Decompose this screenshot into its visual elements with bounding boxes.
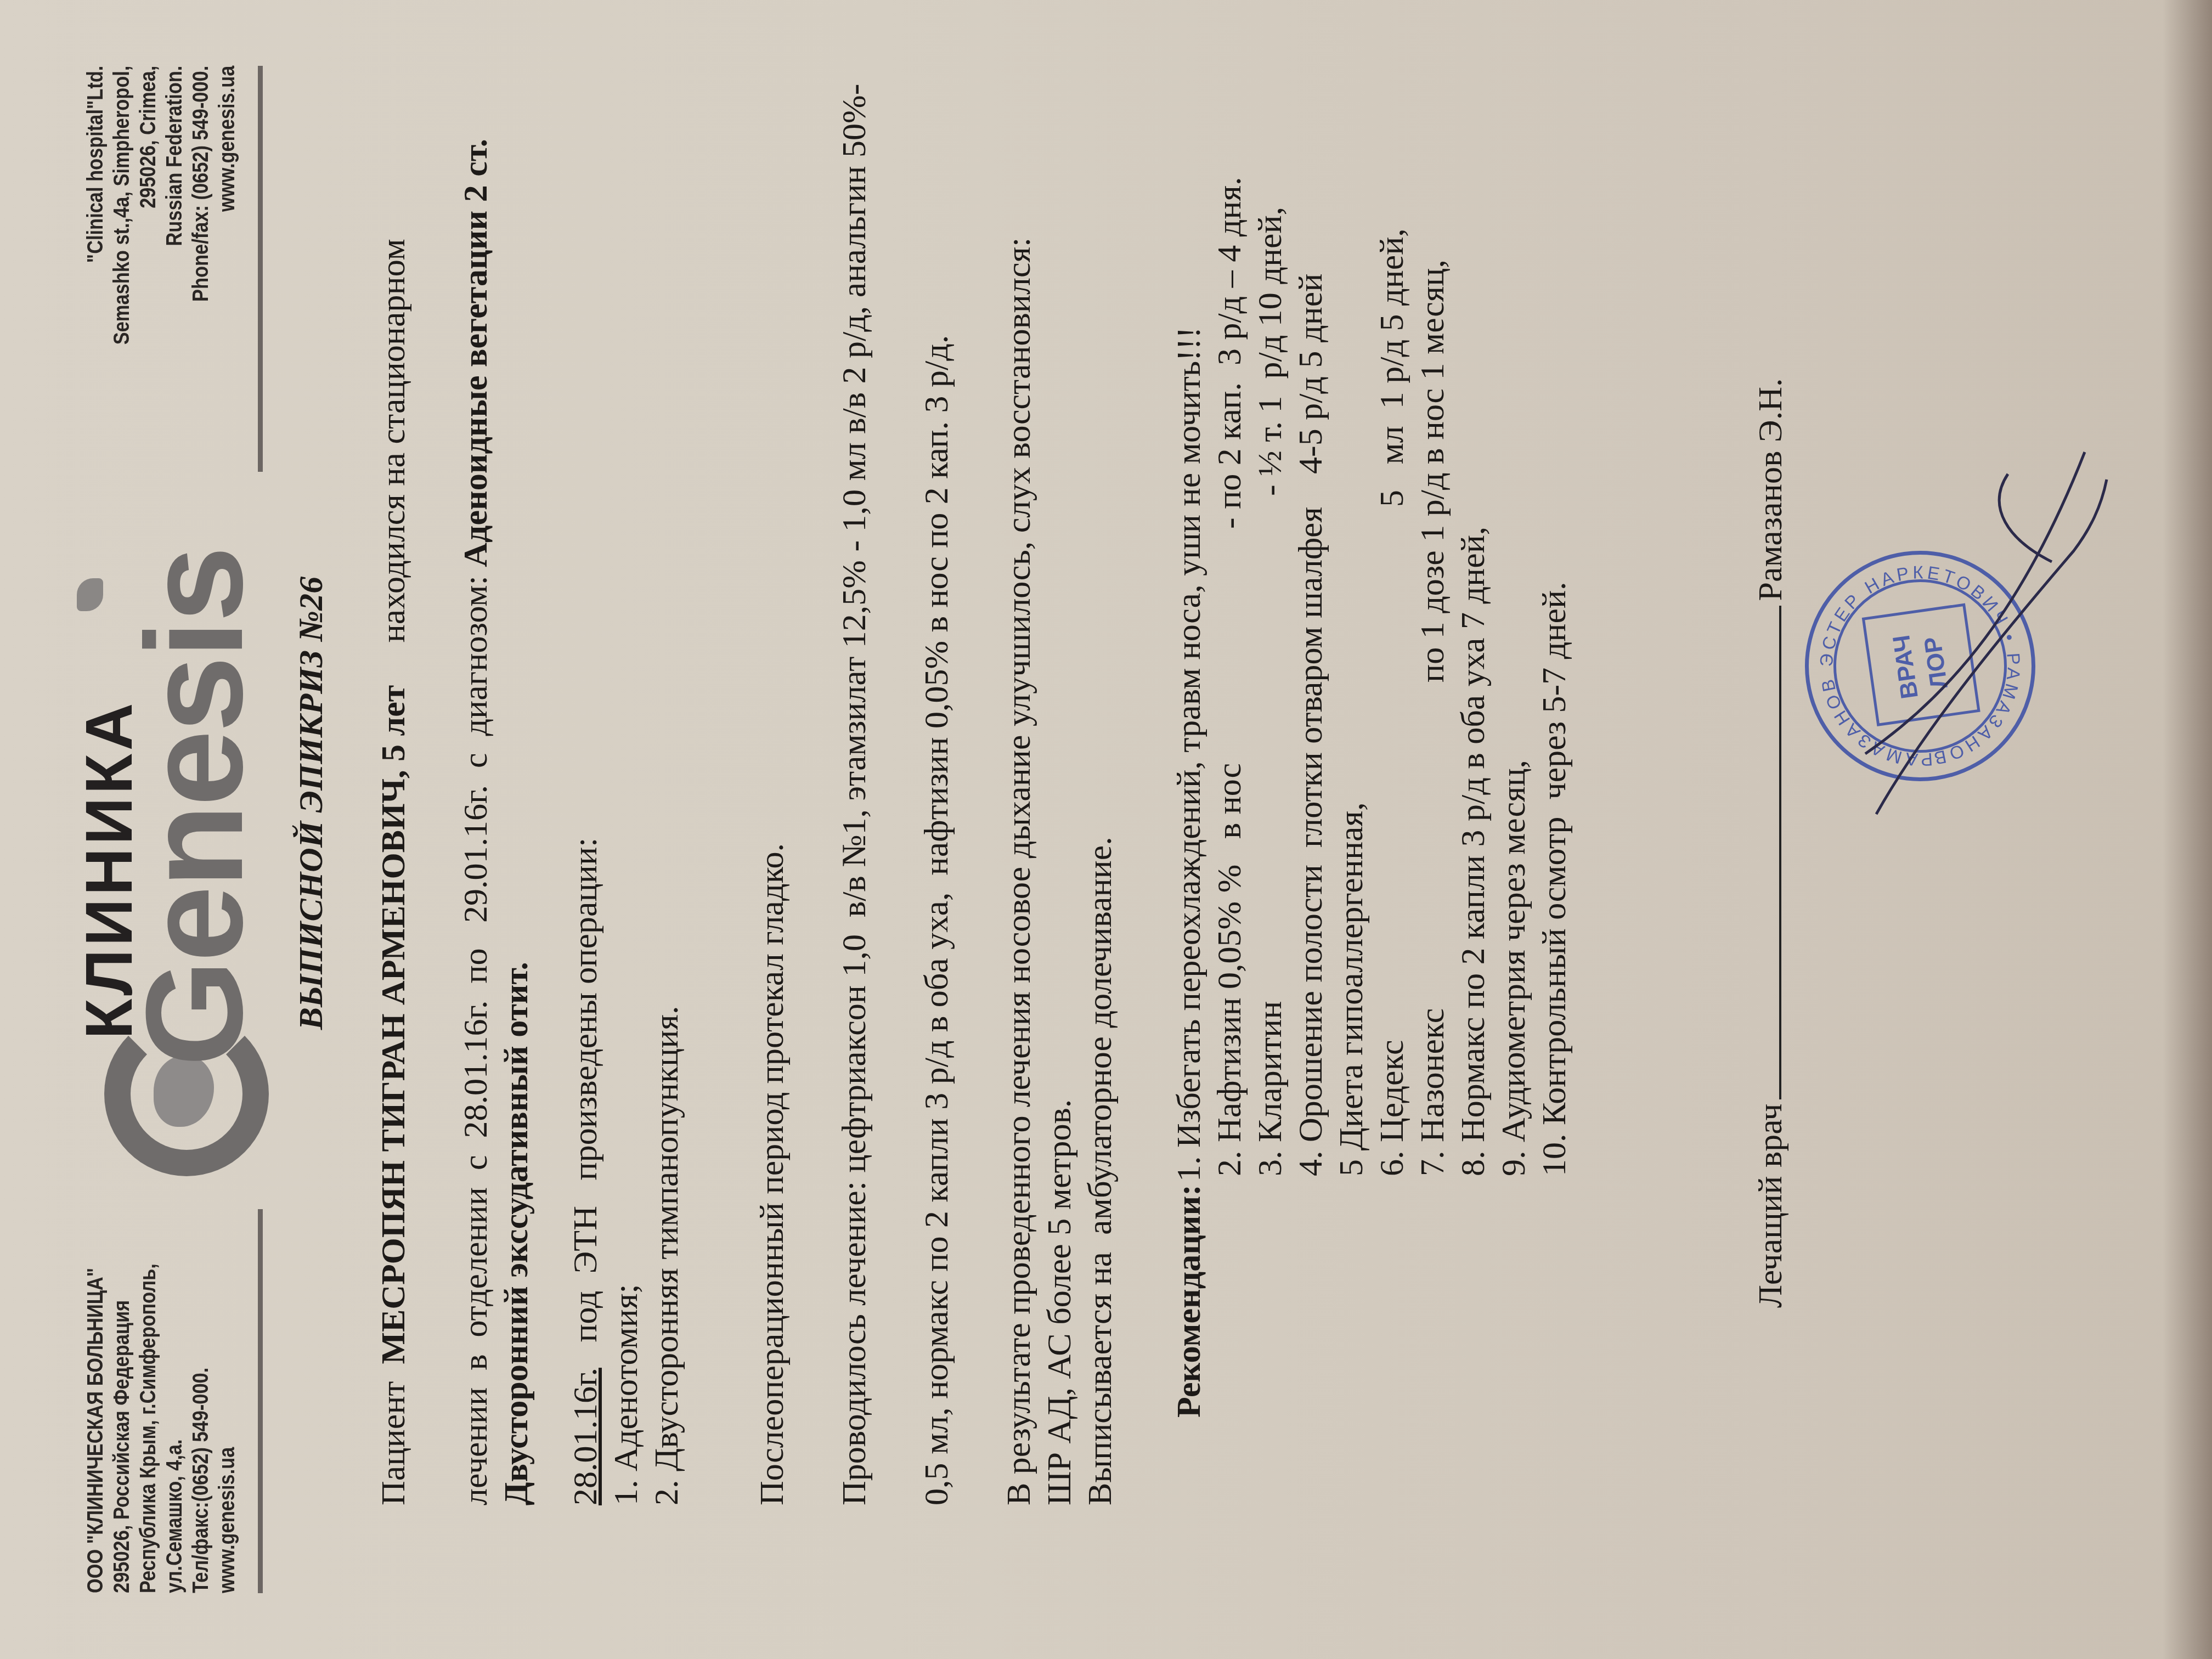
- letterhead-en-line: 295026, Crimea,: [135, 66, 161, 345]
- document-title: ВЫПИСНОЙ ЭПИКРИЗ №26: [291, 101, 331, 1505]
- recommendation-dosage: по 1 дозе 1 р/д в нос 1 месяц,: [1412, 259, 1453, 682]
- operation-text: под ЭТН произведены операции:: [567, 838, 604, 1368]
- letterhead-ru-line: ул.Семашко, 4,а.: [161, 1263, 188, 1593]
- recommendation-dosage: - по 2 кап. 3 р/д – 4 дня.: [1209, 177, 1250, 529]
- diagnosis-primary: Аденоидные вегетации 2 ст.: [457, 139, 494, 567]
- recommendations-label: Рекомендации:: [1169, 1184, 1209, 1418]
- recommendation-item: 8. Нормакс по 2 капли 3 р/д в оба уха 7 …: [1453, 527, 1493, 1176]
- letterhead-ru-line: 295026, Российская Федерация: [109, 1263, 135, 1593]
- recommendation-item: 9. Аудиометрия через месяц,: [1493, 760, 1534, 1176]
- stay-line: лечении в отделении с 28.01.16г. по 29.0…: [455, 139, 496, 1505]
- treatment-line: 0,5 мл, нормакс по 2 капли 3 р/д в оба у…: [916, 335, 957, 1505]
- result-line: В результате проведенного лечения носово…: [998, 238, 1039, 1505]
- letterhead-en-website: www.genesis.ua: [214, 66, 240, 345]
- doctor-name: Рамазанов Э.Н.: [1752, 379, 1789, 601]
- recommendation-item: 5 Диета гипоаллергенная,: [1331, 802, 1372, 1176]
- letterhead-ru-line: ООО "КЛИНИЧЕСКАЯ БОЛЬНИЦА": [82, 1263, 109, 1593]
- operation-line: 28.01.16г. под ЭТН произведены операции:: [565, 838, 606, 1505]
- operation-item: 1. Аденотомия;: [606, 1284, 646, 1505]
- recommendation-dosage: 5 мл 1 р/д 5 дней,: [1372, 228, 1412, 507]
- letterhead-ru-line: Тел/факс:(0652) 549-000.: [188, 1263, 214, 1593]
- result-line: ШР АД, АС более 5 метров.: [1039, 1099, 1080, 1505]
- letterhead-en-line: Phone/fax: (0652) 549-000.: [188, 66, 214, 345]
- letterhead-en-line: "Clinical hospital"Ltd.: [82, 66, 109, 345]
- letterhead-rule-left: [258, 1209, 263, 1593]
- recommendation-item: 1. Избегать переохлаждений, травм носа, …: [1169, 327, 1209, 1182]
- patient-name: МЕСРОПЯН ТИГРАН АРМЕНОВИЧ, 5 лет: [375, 685, 412, 1364]
- letterhead-russian: ООО "КЛИНИЧЕСКАЯ БОЛЬНИЦА" 295026, Росси…: [82, 1263, 240, 1593]
- doctor-label: Лечащий врач: [1752, 1104, 1789, 1308]
- recommendation-dosage: - ½ т. 1 р/д 10 дней,: [1250, 207, 1290, 496]
- letterhead-ru-website: www.genesis.ua: [214, 1263, 240, 1593]
- operation-date: 28.01.16г.: [567, 1368, 604, 1505]
- letterhead-ru-line: Республика Крым, г.Симферополь,: [135, 1263, 161, 1593]
- recommendation-item: 2. Нафтизин 0,05% % в нос: [1209, 763, 1250, 1176]
- recommendation-dosage: 4-5 р/д 5 дней: [1290, 274, 1331, 474]
- signature-row: Лечащий врачРамазанов Э.Н.: [1750, 379, 1791, 1308]
- recommendation-item: 4. Орошение полости глотки отваром шалфе…: [1290, 507, 1331, 1176]
- operation-item: 2. Двусторонняя тимпанопункция.: [646, 1006, 687, 1505]
- letterhead-en-line: Russian Federation.: [161, 66, 188, 345]
- discharge-line: Выписывается на амбулаторное долечивание…: [1080, 837, 1120, 1505]
- handwritten-signature: [1843, 397, 2118, 836]
- patient-prefix: Пациент: [375, 1381, 412, 1505]
- recommendation-item: 10. Контрольный осмотр через 5-7 дней.: [1534, 582, 1575, 1176]
- recommendation-item: 7. Назонекс: [1412, 1008, 1453, 1176]
- treatment-line: Проводилось лечение: цефтриаксон 1,0 в/в…: [834, 84, 874, 1505]
- signature-line: [1779, 606, 1781, 1099]
- logo-word-genesis: Genesis: [126, 548, 263, 1066]
- patient-line: Пациент МЕСРОПЯН ТИГРАН АРМЕНОВИЧ, 5 лет…: [373, 239, 414, 1505]
- discharge-summary-sheet: ООО "КЛИНИЧЕСКАЯ БОЛЬНИЦА" 295026, Росси…: [0, 0, 2212, 1659]
- recommendation-item: 6. Цедекс: [1372, 1040, 1412, 1176]
- clinic-logo: КЛИНИКА Genesis: [66, 518, 263, 1176]
- letterhead-english: "Clinical hospital"Ltd. Semashko st.,4a,…: [82, 66, 240, 345]
- diagnosis-secondary: Двусторонний экссудативный отит.: [496, 962, 537, 1505]
- postop-course: Послеоперационный период протекал гладко…: [752, 843, 792, 1505]
- letterhead-rule-right: [258, 66, 263, 472]
- stay-dates: лечении в отделении с 28.01.16г. по 29.0…: [457, 575, 494, 1505]
- recommendation-item: 3. Кларитин: [1250, 1001, 1290, 1176]
- letterhead-en-line: Semashko st.,4a, Simpheropol,: [109, 66, 135, 345]
- patient-suffix: находился на стационарном: [375, 239, 412, 642]
- logo-leaf-icon: [77, 578, 103, 611]
